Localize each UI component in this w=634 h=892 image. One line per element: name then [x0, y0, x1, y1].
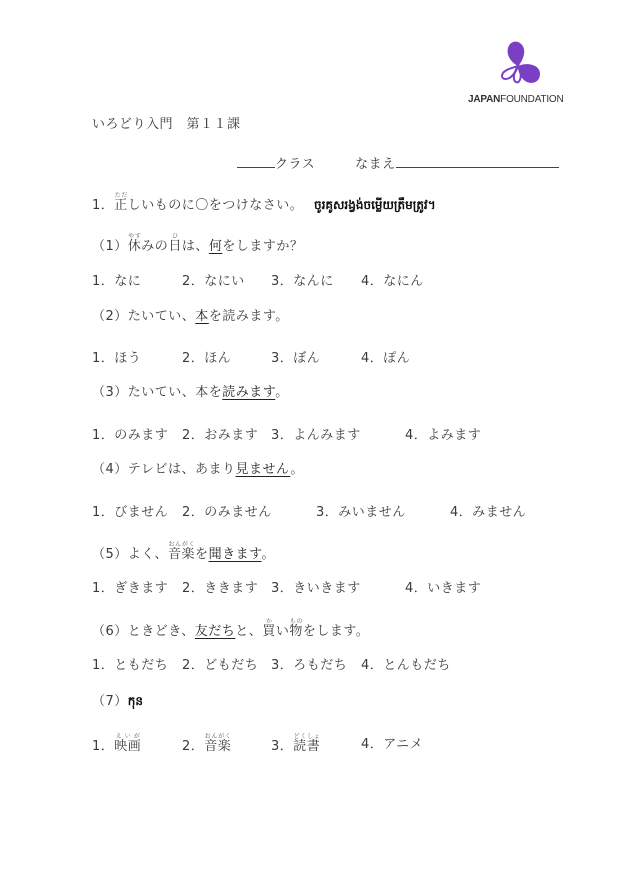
option[interactable]: 4．いきます: [405, 577, 481, 596]
instruction-text: しいものに〇をつけなさい。: [128, 198, 304, 213]
target-word: 見ません: [236, 462, 291, 477]
question-label: （1）: [92, 239, 128, 254]
japan-foundation-logo: JAPANFOUNDATION: [466, 40, 550, 110]
option[interactable]: 4．アニメ: [361, 733, 423, 752]
option[interactable]: 2．音楽おんがく: [182, 733, 231, 754]
option[interactable]: 4．なにん: [361, 270, 424, 289]
ruby-word: 正ただ: [114, 198, 128, 213]
option[interactable]: 4．ぽん: [361, 347, 410, 366]
class-label: クラス: [275, 157, 315, 172]
section-number: 1．: [92, 198, 114, 213]
class-blank[interactable]: [237, 155, 275, 168]
name-blank[interactable]: [396, 155, 559, 168]
target-word: 友だち: [195, 624, 236, 639]
option[interactable]: 1．のみます: [92, 424, 168, 443]
option[interactable]: 2．どもだち: [182, 654, 258, 673]
option[interactable]: 3．ろもだち: [271, 654, 347, 673]
question-label: （5）: [92, 547, 128, 562]
question-label: （7）: [92, 694, 128, 709]
question-2: （2）たいてい、本を読みます。: [92, 309, 289, 325]
class-name-line: クラスなまえ: [237, 155, 559, 173]
question-4: （4）テレビは、あまり見ません。: [92, 462, 304, 478]
option[interactable]: 1．ほう: [92, 347, 141, 366]
option[interactable]: 2．ほん: [182, 347, 231, 366]
option[interactable]: 3．なんに: [271, 270, 334, 289]
question-label: （6）: [92, 624, 128, 639]
target-word: 読みます: [222, 385, 275, 400]
instruction-khmer: ចូរគូសរង្វង់ចម្លើយត្រឹមត្រូវ។: [314, 198, 436, 212]
target-word: 何: [209, 239, 223, 254]
option[interactable]: 3．読書どくしょ: [271, 733, 320, 754]
logo-wordmark: JAPANFOUNDATION: [468, 94, 564, 105]
section-instruction: 1．正ただしいものに〇をつけなさい。 ចូរគូសរង្វង់ចម្លើយត្រ…: [92, 192, 436, 214]
target-word: 本: [195, 309, 209, 324]
option[interactable]: 1．なに: [92, 270, 141, 289]
question-5: （5）よく、音楽おんがくを聞きます。: [92, 541, 275, 563]
name-label: なまえ: [355, 157, 396, 172]
option[interactable]: 2．なにい: [182, 270, 245, 289]
question-khmer: កុន: [128, 694, 143, 708]
option[interactable]: 3．みいません: [316, 501, 406, 520]
question-label: （2）: [92, 309, 128, 324]
option[interactable]: 2．おみます: [182, 424, 258, 443]
question-1: （1）休やすみの日ひは、何をしますか？: [92, 233, 303, 255]
option[interactable]: 3．よんみます: [271, 424, 361, 443]
option[interactable]: 4．みません: [450, 501, 526, 520]
option[interactable]: 1．ともだち: [92, 654, 168, 673]
option[interactable]: 1．映画えいが: [92, 733, 141, 754]
option[interactable]: 3．ぼん: [271, 347, 320, 366]
option[interactable]: 4．とんもだち: [361, 654, 451, 673]
question-7: （7）កុន: [92, 693, 143, 710]
option[interactable]: 4．よみます: [405, 424, 481, 443]
option[interactable]: 2．ききます: [182, 577, 258, 596]
option[interactable]: 1．ぎきます: [92, 577, 168, 596]
question-6: （6）ときどき、友だちと、買かい物ものをします。: [92, 618, 369, 640]
option[interactable]: 3．きいきます: [271, 577, 361, 596]
option[interactable]: 2．のみません: [182, 501, 272, 520]
butterfly-logo-icon: [496, 40, 544, 90]
target-word: 聞きます: [209, 547, 262, 562]
option[interactable]: 1．びません: [92, 501, 168, 520]
worksheet-title: いろどり入門 第１１課: [92, 117, 241, 133]
question-label: （4）: [92, 462, 128, 477]
question-label: （3）: [92, 385, 128, 400]
question-3: （3）たいてい、本を読みます。: [92, 385, 289, 401]
